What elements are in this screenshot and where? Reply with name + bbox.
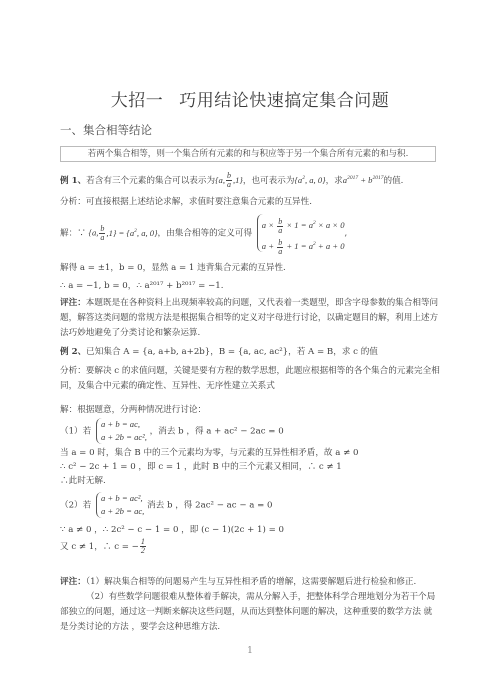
example2-text: 已知集合 A = {a, a+b, a+2b}，B = {a, ac, ac²}… [86,347,378,357]
page-title: 大招一巧用结论快速搞定集合问题 [0,86,500,111]
equation: a + 2b = ac², [101,431,147,444]
solution-mid: ，由集合相等的定义可得 [158,229,253,239]
example2-solution-intro: 解：根据题意，分两种情况进行讨论： [60,404,206,416]
example2-comment2: （2）有些数学问题很难从整体着手解决，需从分解入手，把整体科学合理地划分为若干个… [60,590,440,635]
fraction-b-over-a: ba [226,172,232,189]
comment-label: 评注： [60,298,86,308]
case1-system: a + b = ac, a + 2b = ac², [96,418,147,444]
comment-label: 评注： [60,577,86,587]
case2-label: （2）若 [60,501,91,511]
conclusion-box: 若两个集合相等，则一个集合所有元素的和与积应等于另一个集合所有元素的和与积. [60,146,436,162]
equation-system: a × ba × 1 = a2 × a × 0 a + ba + 1 = a2 … [257,214,345,252]
example1-question: 例 1、若含有三个元素的集合可以表示为{a,ba,1}，也可表示为{a2, a,… [60,172,403,189]
denominator: 2 [140,547,146,555]
example1-text: ，求 [326,176,343,186]
case2-line1: ∵ a ≠ 0 ，∴ 2c² − c − 1 = 0 ，即 (c − 1)(2c… [60,524,284,536]
case1-line3: ∴此时无解. [60,475,106,487]
example1-text: 的值. [383,176,403,186]
equation: a + 2b = ac, [101,505,144,518]
example1-line1: 解得 a = ±1，b = 0，显然 a = 1 违背集合元素的互异性. [60,262,286,274]
fraction-one-half: 12 [140,538,146,555]
example1-line2: ∴ a = −1, b = 0，∴ a²⁰¹⁷ + b²⁰¹⁷ = −1. [60,280,223,292]
example1-comment: 评注：本题既是在各种资料上出现频率较高的问题，又代表着一类题型，即含字母参数的集… [60,296,440,341]
example1-analysis: 分析：可直接根据上述结论求解，求值时要注意集合元素的互异性. [60,196,312,208]
example2-comment1: 评注：（1）解决集合相等的问题易产生与互异性相矛盾的增解，这需要解题后进行检验和… [60,576,416,588]
case1-line2: ∴ c² − 2c + 1 = 0 ，即 c = 1 ，此时 B 中的三个元素又… [60,461,342,473]
example1-label: 例 1、 [60,176,86,186]
case2-line2-text: 又 c ≠ 1，∴ c = − [60,542,139,552]
example2-question: 例 2、已知集合 A = {a, a+b, a+2b}，B = {a, ac, … [60,346,378,358]
case1-line1: 当 a = 0 时，集合 B 中的三个元素均为零，与元素的互异性相矛盾，故 a … [60,447,359,459]
comment-text: （1）解决集合相等的问题易产生与互异性相矛盾的增解，这需要解题后进行检验和修正. [86,577,416,587]
example2-case1: （1）若 a + b = ac, a + 2b = ac², ，消去 b ，得 … [60,418,284,444]
case1-result: ，消去 b ，得 a + ac² − 2ac = 0 [150,427,284,437]
title-part-2: 巧用结论快速搞定集合问题 [179,91,389,111]
case1-label: （1）若 [60,427,91,437]
page-number: 1 [0,646,500,656]
case2-line2: 又 c ≠ 1，∴ c = −12 [60,538,147,555]
example1-text: 若含有三个元素的集合可以表示为 [86,176,215,186]
equation: a + b = ac², [101,492,144,505]
section-heading: 一、集合相等结论 [60,122,152,138]
example2-case2: （2）若 a + b = ac², a + 2b = ac, 消去 b ，得 2… [60,492,273,518]
example1-text: ，也可表示为 [243,176,295,186]
fraction-b-over-a: ba [99,225,105,242]
example2-analysis: 分析：要解决 c 的求值问题，关键是要有方程的数学思想，此题应根据相等的各个集合… [60,364,440,394]
comment-text: 本题既是在各种资料上出现频率较高的问题，又代表着一类题型，即含字母参数的集合相等… [60,298,438,338]
title-part-1: 大招一 [111,91,164,111]
case2-result: 消去 b ，得 2ac² − ac − a = 0 [147,501,272,511]
solution-prefix: 解：∵ [60,229,86,239]
case2-system: a + b = ac², a + 2b = ac, [96,492,144,518]
example2-label: 例 2、 [60,347,86,357]
example1-solution: 解：∵ {a,ba,1} = {a2, a, 0}，由集合相等的定义可得 a ×… [60,214,347,252]
equation: a + b = ac, [101,418,147,431]
